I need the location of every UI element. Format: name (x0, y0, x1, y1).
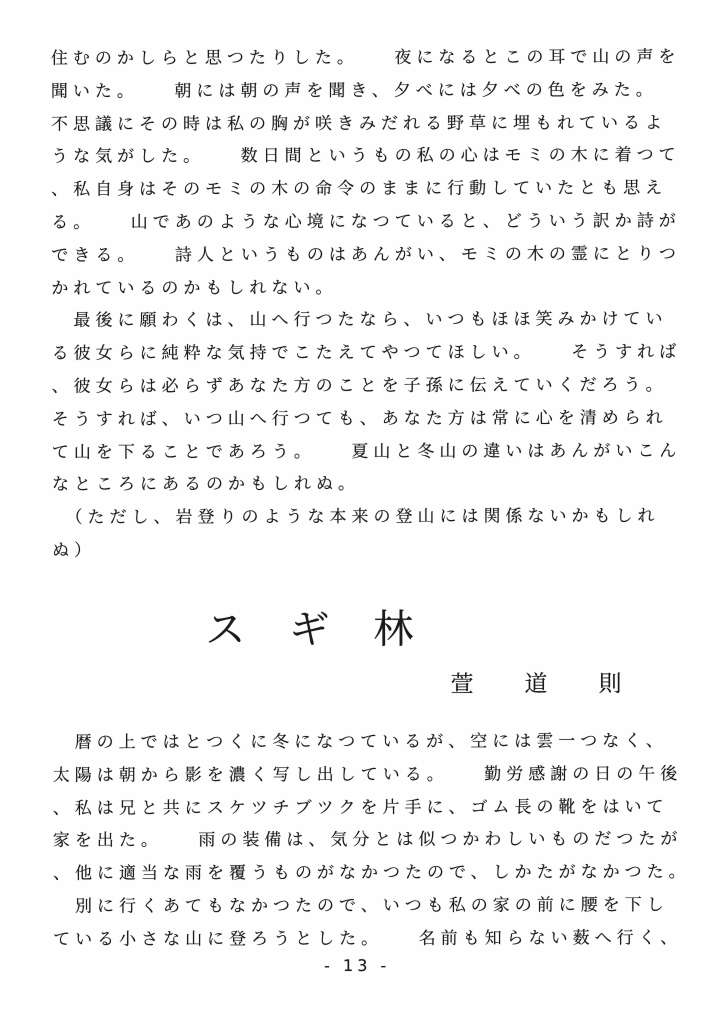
text-line: うな気がした。 数日間というもの私の心はモミの木に着つて (51, 140, 683, 174)
text-line: なところにあるのかもしれぬ。 (52, 468, 684, 502)
text-line: 家を出た。 雨の装備は、気分とは似つかわしいものだつたが (53, 824, 685, 858)
text-line: ぬ） (52, 533, 684, 567)
text-line: そうすれば、いつ山へ行つても、あなた方は常に心を清められ (52, 402, 684, 436)
text-line: 聞いた。 朝には朝の声を聞き、夕べには夕べの色をみた。 (51, 74, 683, 108)
text-line: 、他に適当な雨を覆うものがなかつたので、しかたがなかつた。 (53, 856, 685, 890)
text-line: 最後に願わくは、山へ行つたなら、いつもほほ笑みかけてい (51, 304, 683, 338)
text-line: かれているのかもしれない。 (51, 271, 683, 305)
text-line: （ただし、岩登りのような本来の登山には関係ないかもしれ (52, 500, 684, 534)
text-line: て山を下ることであろう。 夏山と冬山の違いはあんがいこん (52, 435, 684, 469)
scanned-page: 住むのかしらと思つたりした。 夜になるとこの耳で山の声を 聞いた。 朝には朝の声… (0, 0, 712, 1022)
text-line: る。 山であのような心境になつていると、どういう訳か詩が (51, 205, 683, 239)
article-title: ス ギ 林 (205, 598, 415, 656)
upper-text-block: 住むのかしらと思つたりした。 夜になるとこの耳で山の声を 聞いた。 朝には朝の声… (51, 41, 684, 567)
text-line: 不思議にその時は私の胸が咲きみだれる野草に埋もれているよ (51, 107, 683, 141)
text-line: 、私は兄と共にスケツチブツクを片手に、ゴム長の靴をはいて (53, 791, 685, 825)
article-author: 萱 道 則 (450, 665, 635, 698)
text-line: る彼女らに純粋な気持でこたえてやつてほしい。 そうすれば (52, 336, 684, 370)
text-line: 別に行くあてもなかつたので、いつも私の家の前に腰を下し (53, 889, 685, 923)
text-line: 、彼女らは必らずあなた方のことを子孫に伝えていくだろう。 (52, 369, 684, 403)
text-line: 太陽は朝から影を濃く写し出している。 勤労感謝の日の午後 (53, 758, 685, 792)
text-line: ている小さな山に登ろうとした。 名前も知らない薮へ行く、 (53, 922, 685, 956)
text-line: 、私自身はそのモミの木の命令のままに行動していたとも思え (51, 172, 683, 206)
lower-text-block: 暦の上ではとつくに冬になつているが、空には雲一つなく、 太陽は朝から影を濃く写し… (53, 725, 686, 956)
text-line: できる。 詩人というものはあんがい、モミの木の霊にとりつ (51, 238, 683, 272)
text-line: 暦の上ではとつくに冬になつているが、空には雲一つなく、 (53, 725, 685, 759)
text-line: 住むのかしらと思つたりした。 夜になるとこの耳で山の声を (51, 41, 683, 75)
page-number: - 13 - (1, 955, 712, 976)
scan-content: 住むのかしらと思つたりした。 夜になるとこの耳で山の声を 聞いた。 朝には朝の声… (0, 0, 712, 1022)
